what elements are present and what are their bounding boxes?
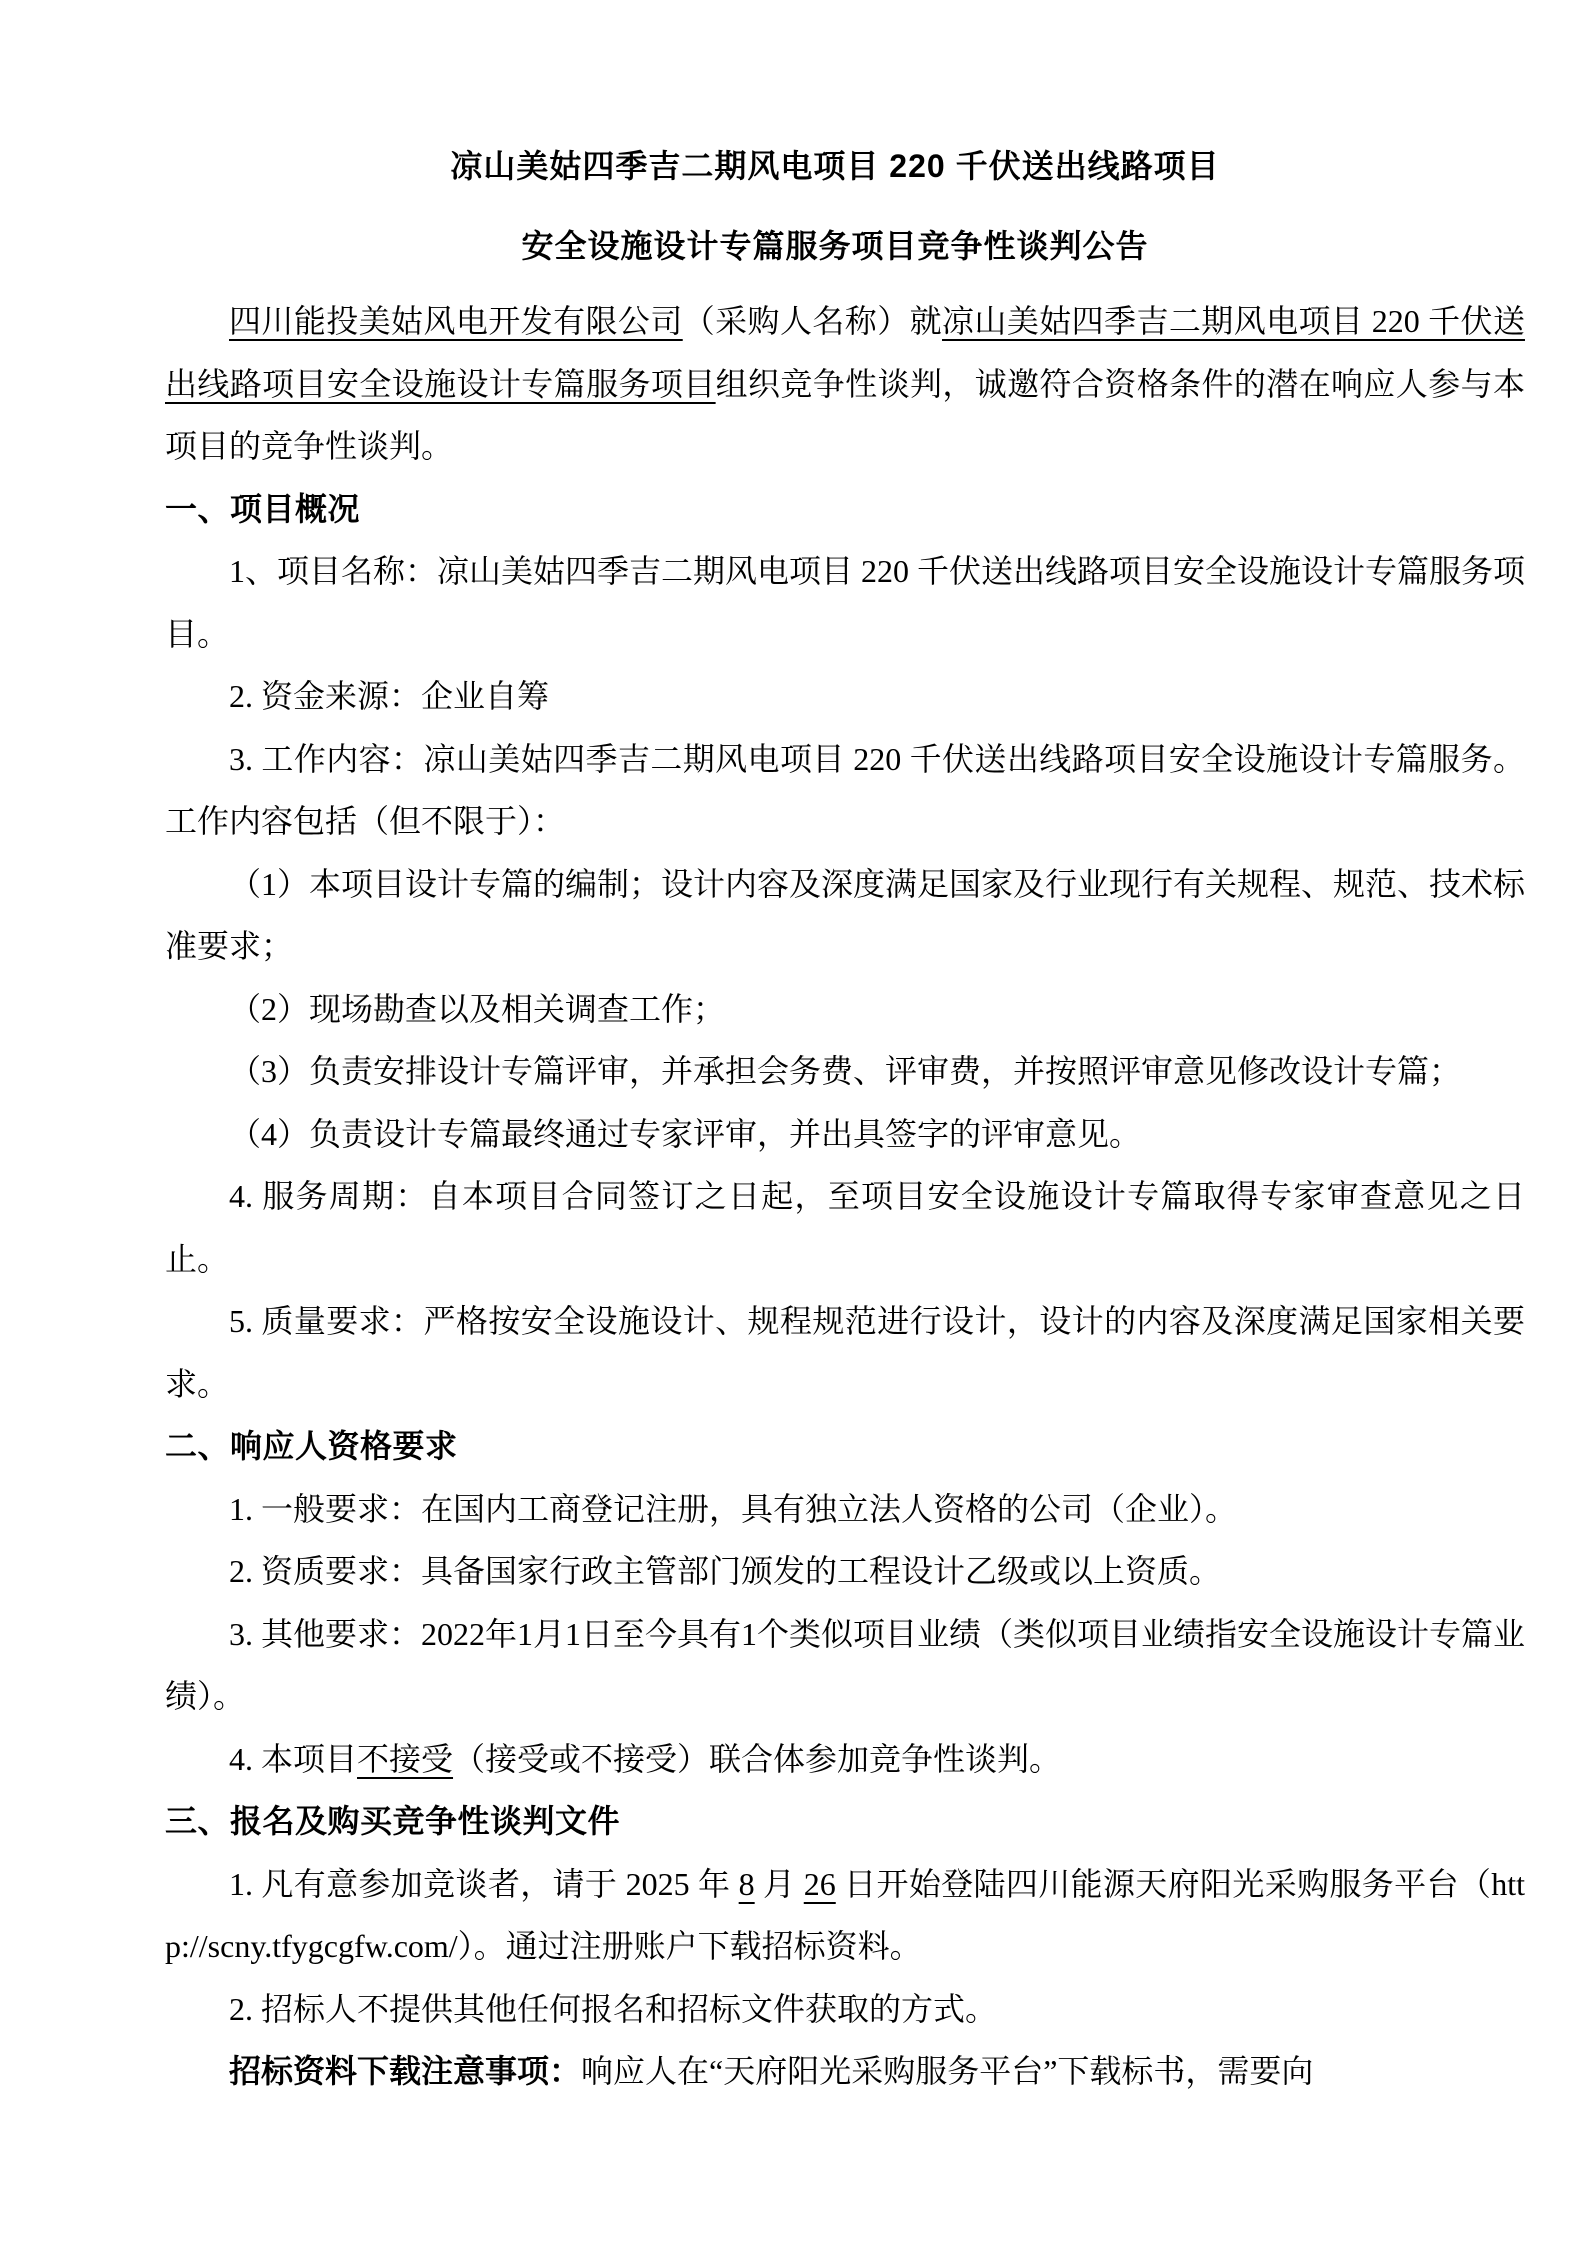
section3-heading: 三、报名及购买竞争性谈判文件 xyxy=(165,1790,1525,1853)
registration-separator: 月 xyxy=(755,1866,804,1902)
document-title-line2: 安全设施设计专篇服务项目竞争性谈判公告 xyxy=(521,228,1148,264)
section2-item-qualification: 2. 资质要求：具备国家行政主管部门颁发的工程设计乙级或以上资质。 xyxy=(165,1540,1525,1603)
section3-item-no-other-way: 2. 招标人不提供其他任何报名和招标文件获取的方式。 xyxy=(165,1978,1525,2041)
section1-item-quality: 5. 质量要求：严格按安全设施设计、规程规范进行设计，设计的内容及深度满足国家相… xyxy=(165,1290,1525,1415)
section1-item-project-name: 1、项目名称：凉山美姑四季吉二期风电项目 220 千伏送出线路项目安全设施设计专… xyxy=(165,540,1525,665)
purchaser-label: （采购人名称）就 xyxy=(683,303,942,339)
section1-subitem-1: （1）本项目设计专篇的编制；设计内容及深度满足国家及行业现行有关规程、规范、技术… xyxy=(165,853,1525,978)
section1-item-funding: 2. 资金来源：企业自筹 xyxy=(165,665,1525,728)
section2-item-general: 1. 一般要求：在国内工商登记注册，具有独立法人资格的公司（企业）。 xyxy=(165,1478,1525,1541)
download-note-rest: 响应人在“天府阳光采购服务平台”下载标书，需要向 xyxy=(581,2053,1313,2089)
section1-subitem-3: （3）负责安排设计专篇评审，并承担会务费、评审费，并按照评审意见修改设计专篇； xyxy=(165,1040,1525,1103)
section2-item-consortium: 4. 本项目不接受（接受或不接受）联合体参加竞争性谈判。 xyxy=(165,1728,1525,1791)
registration-month: 8 xyxy=(739,1866,755,1902)
section3-item-registration: 1. 凡有意参加竞谈者，请于 2025 年 8 月 26 日开始登陆四川能源天府… xyxy=(165,1853,1525,1978)
section1-subitem-2: （2）现场勘查以及相关调查工作； xyxy=(165,978,1525,1041)
download-note-lead: 招标资料下载注意事项： xyxy=(229,2053,581,2089)
consortium-not-accept: 不接受 xyxy=(357,1741,453,1777)
section2-item-other: 3. 其他要求：2022年1月1日至今具有1个类似项目业绩（类似项目业绩指安全设… xyxy=(165,1603,1525,1728)
intro-paragraph: 四川能投美姑风电开发有限公司（采购人名称）就凉山美姑四季吉二期风电项目 220 … xyxy=(165,290,1525,478)
section1-heading: 一、项目概况 xyxy=(165,478,1525,541)
consortium-prefix: 4. 本项目 xyxy=(229,1741,357,1777)
purchaser-name: 四川能投美姑风电开发有限公司 xyxy=(229,303,683,339)
section2-heading: 二、响应人资格要求 xyxy=(165,1415,1525,1478)
document-title-line1: 凉山美姑四季吉二期风电项目 220 千伏送出线路项目 xyxy=(450,148,1219,184)
document-page: 凉山美姑四季吉二期风电项目 220 千伏送出线路项目 安全设施设计专篇服务项目竞… xyxy=(0,0,1587,2245)
section3-download-note: 招标资料下载注意事项：响应人在“天府阳光采购服务平台”下载标书，需要向 xyxy=(165,2040,1525,2103)
document-title: 凉山美姑四季吉二期风电项目 220 千伏送出线路项目 安全设施设计专篇服务项目竞… xyxy=(165,126,1505,286)
section1-item-work-content: 3. 工作内容：凉山美姑四季吉二期风电项目 220 千伏送出线路项目安全设施设计… xyxy=(165,728,1525,853)
registration-prefix: 1. 凡有意参加竞谈者，请于 2025 年 xyxy=(229,1866,739,1902)
registration-day: 26 xyxy=(804,1866,836,1902)
consortium-suffix: （接受或不接受）联合体参加竞争性谈判。 xyxy=(453,1741,1061,1777)
section1-item-service-period: 4. 服务周期：自本项目合同签订之日起，至项目安全设施设计专篇取得专家审查意见之… xyxy=(165,1165,1525,1290)
section1-subitem-4: （4）负责设计专篇最终通过专家评审，并出具签字的评审意见。 xyxy=(165,1103,1525,1166)
